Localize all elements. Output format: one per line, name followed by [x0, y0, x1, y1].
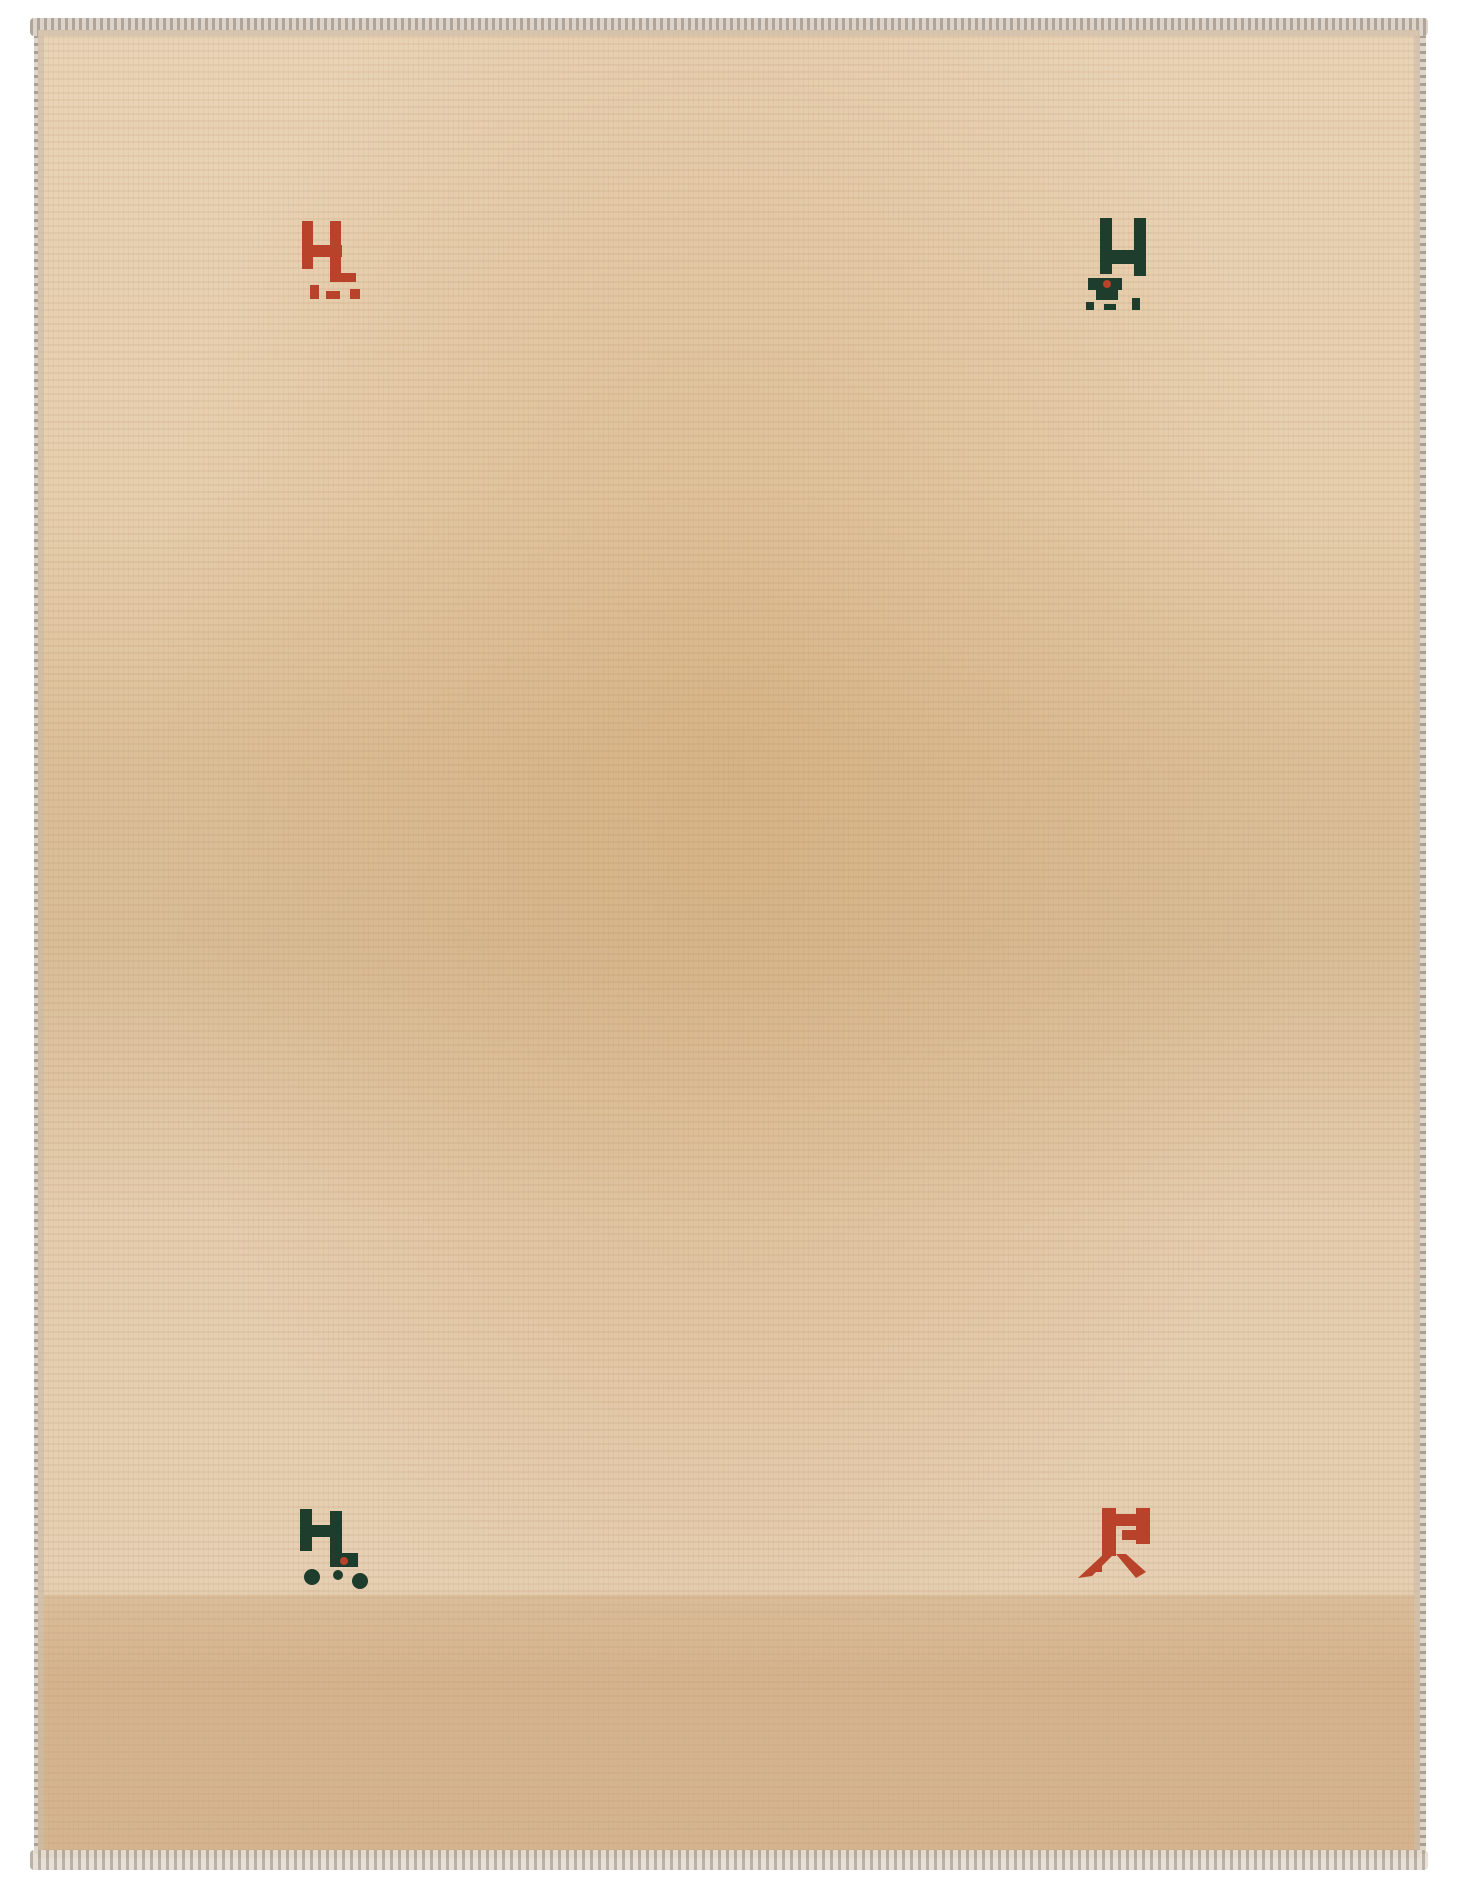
animal-motif-top-left-icon [298, 215, 370, 305]
animal-motif-top-right-icon [1082, 212, 1158, 312]
rug-field [38, 30, 1420, 1858]
animal-motif-bottom-left-icon [294, 1505, 380, 1595]
rug-bottom-band [44, 1595, 1414, 1850]
rug-bottom-fringe [30, 1850, 1428, 1870]
animal-motif-bottom-right-icon [1072, 1494, 1158, 1584]
